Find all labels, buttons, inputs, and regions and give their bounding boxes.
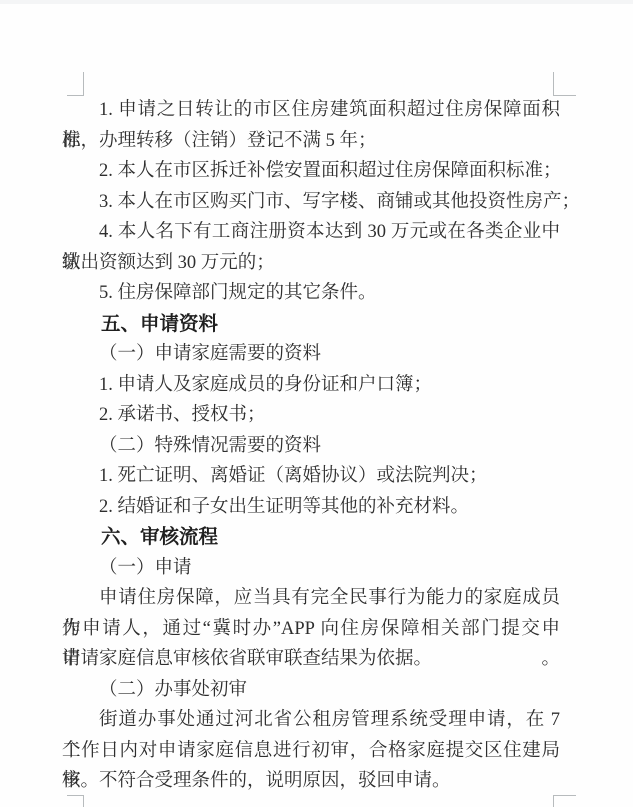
crop-mark-top-left xyxy=(67,72,84,96)
paragraph-line: 2. 承诺书、授权书； xyxy=(62,400,560,431)
paragraph-line: 5. 住房保障部门规定的其它条件。 xyxy=(62,278,560,309)
paragraph-line: 街道办事处通过河北省公租房管理系统受理申请，在 7 个 xyxy=(62,705,560,736)
crop-mark-bottom-left xyxy=(67,795,84,807)
paragraph-line: 1. 申请人及家庭成员的身份证和户口簿； xyxy=(62,370,560,401)
crop-mark-bottom-right xyxy=(553,795,576,807)
paragraph-line: 4. 本人名下有工商注册资本达到 30 万元或在各类企业中认 xyxy=(62,217,560,248)
paragraph-line: 2. 本人在市区拆迁补偿安置面积超过住房保障面积标准； xyxy=(62,156,560,187)
crop-mark-top-right xyxy=(553,72,576,96)
paragraph-line: （二）办事处初审 xyxy=(62,675,560,706)
section-heading: 六、审核流程 xyxy=(62,522,560,553)
paragraph-line: （一）申请 xyxy=(62,553,560,584)
document-body: 1. 申请之日转让的市区住房建筑面积超过住房保障面积标准，办理转移（注销）登记不… xyxy=(62,95,560,797)
paragraph-line: 3. 本人在市区购买门市、写字楼、商铺或其他投资性房产； xyxy=(62,187,560,218)
page-top-edge xyxy=(0,0,633,4)
paragraph-line: 准，办理转移（注销）登记不满 5 年； xyxy=(62,126,560,157)
paragraph-line: 核。不符合受理条件的，说明原因，驳回申请。 xyxy=(62,766,560,797)
paragraph-line: （一）申请家庭需要的资料 xyxy=(62,339,560,370)
paragraph-line: 2. 结婚证和子女出生证明等其他的补充材料。 xyxy=(62,492,560,523)
document-page: 1. 申请之日转让的市区住房建筑面积超过住房保障面积标准，办理转移（注销）登记不… xyxy=(0,0,633,807)
paragraph-line: 工作日内对申请家庭信息进行初审，合格家庭提交区住建局审 xyxy=(62,736,560,767)
paragraph-line: （二）特殊情况需要的资料 xyxy=(62,431,560,462)
section-heading: 五、申请资料 xyxy=(62,309,560,340)
paragraph-line: 申请住房保障，应当具有完全民事行为能力的家庭成员作 xyxy=(62,583,560,614)
paragraph-line: 为申请人，通过“冀时办”APP 向住房保障相关部门提交申请。 xyxy=(62,614,560,645)
paragraph-line: 缴出资额达到 30 万元的； xyxy=(62,248,560,279)
paragraph-line: 1. 死亡证明、离婚证（离婚协议）或法院判决； xyxy=(62,461,560,492)
paragraph-line: 1. 申请之日转让的市区住房建筑面积超过住房保障面积标 xyxy=(62,95,560,126)
